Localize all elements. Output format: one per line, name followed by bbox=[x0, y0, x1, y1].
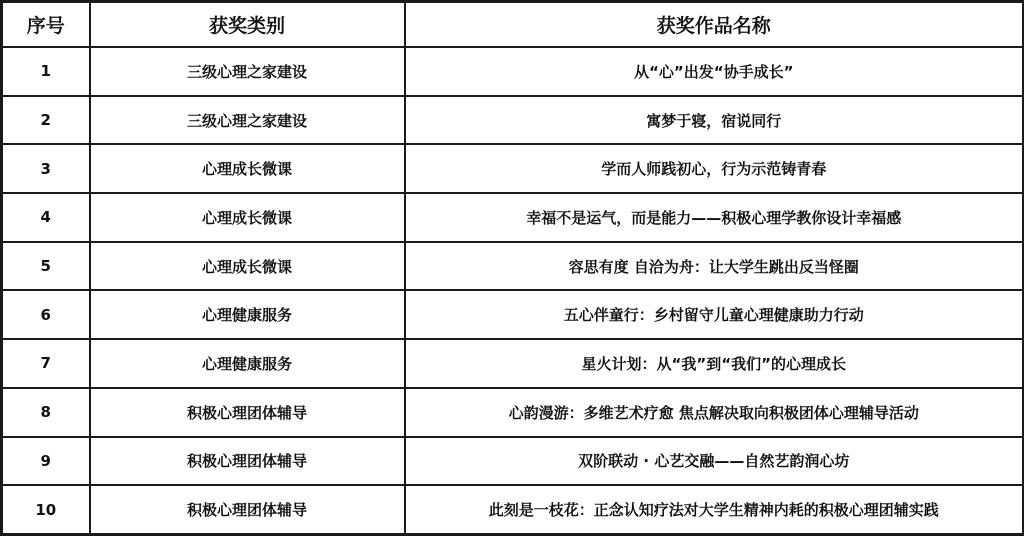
table-row: 4 心理成长微课 幸福不是运气，而是能力——积极心理学教你设计幸福感 bbox=[2, 193, 1024, 242]
cell-title: 五心伴童行：乡村留守儿童心理健康助力行动 bbox=[405, 290, 1024, 339]
cell-title: 星火计划：从“我”到“我们”的心理成长 bbox=[405, 339, 1024, 388]
cell-title: 双阶联动 · 心艺交融——自然艺韵润心坊 bbox=[405, 437, 1024, 486]
cell-title: 心韵漫游：多维艺术疗愈 焦点解决取向积极团体心理辅导活动 bbox=[405, 388, 1024, 437]
cell-index: 8 bbox=[2, 388, 90, 437]
cell-index: 9 bbox=[2, 437, 90, 486]
cell-category: 积极心理团体辅导 bbox=[90, 388, 405, 437]
cell-title: 学而人师践初心，行为示范铸青春 bbox=[405, 144, 1024, 193]
header-title: 获奖作品名称 bbox=[405, 2, 1024, 48]
cell-title: 寓梦于寝，宿说同行 bbox=[405, 96, 1024, 145]
table-row: 9 积极心理团体辅导 双阶联动 · 心艺交融——自然艺韵润心坊 bbox=[2, 437, 1024, 486]
award-table: 序号 获奖类别 获奖作品名称 1 三级心理之家建设 从“心”出发“协手成长” 2… bbox=[0, 0, 1024, 536]
cell-index: 7 bbox=[2, 339, 90, 388]
table-row: 6 心理健康服务 五心伴童行：乡村留守儿童心理健康助力行动 bbox=[2, 290, 1024, 339]
table-row: 10 积极心理团体辅导 此刻是一枝花：正念认知疗法对大学生精神内耗的积极心理团辅… bbox=[2, 485, 1024, 534]
table-row: 5 心理成长微课 容思有度 自洽为舟：让大学生跳出反当怪圈 bbox=[2, 242, 1024, 291]
cell-index: 5 bbox=[2, 242, 90, 291]
cell-category: 三级心理之家建设 bbox=[90, 47, 405, 96]
table-row: 2 三级心理之家建设 寓梦于寝，宿说同行 bbox=[2, 96, 1024, 145]
cell-category: 心理成长微课 bbox=[90, 193, 405, 242]
cell-category: 心理健康服务 bbox=[90, 339, 405, 388]
cell-index: 1 bbox=[2, 47, 90, 96]
cell-index: 10 bbox=[2, 485, 90, 534]
cell-category: 三级心理之家建设 bbox=[90, 96, 405, 145]
table-row: 1 三级心理之家建设 从“心”出发“协手成长” bbox=[2, 47, 1024, 96]
table-row: 7 心理健康服务 星火计划：从“我”到“我们”的心理成长 bbox=[2, 339, 1024, 388]
cell-category: 心理成长微课 bbox=[90, 144, 405, 193]
header-row: 序号 获奖类别 获奖作品名称 bbox=[2, 2, 1024, 48]
cell-category: 心理健康服务 bbox=[90, 290, 405, 339]
cell-category: 积极心理团体辅导 bbox=[90, 437, 405, 486]
header-index: 序号 bbox=[2, 2, 90, 48]
cell-index: 6 bbox=[2, 290, 90, 339]
cell-title: 幸福不是运气，而是能力——积极心理学教你设计幸福感 bbox=[405, 193, 1024, 242]
cell-category: 心理成长微课 bbox=[90, 242, 405, 291]
table-row: 8 积极心理团体辅导 心韵漫游：多维艺术疗愈 焦点解决取向积极团体心理辅导活动 bbox=[2, 388, 1024, 437]
cell-index: 2 bbox=[2, 96, 90, 145]
table-row: 3 心理成长微课 学而人师践初心，行为示范铸青春 bbox=[2, 144, 1024, 193]
cell-index: 3 bbox=[2, 144, 90, 193]
cell-title: 从“心”出发“协手成长” bbox=[405, 47, 1024, 96]
cell-category: 积极心理团体辅导 bbox=[90, 485, 405, 534]
cell-title: 此刻是一枝花：正念认知疗法对大学生精神内耗的积极心理团辅实践 bbox=[405, 485, 1024, 534]
header-category: 获奖类别 bbox=[90, 2, 405, 48]
cell-index: 4 bbox=[2, 193, 90, 242]
cell-title: 容思有度 自洽为舟：让大学生跳出反当怪圈 bbox=[405, 242, 1024, 291]
